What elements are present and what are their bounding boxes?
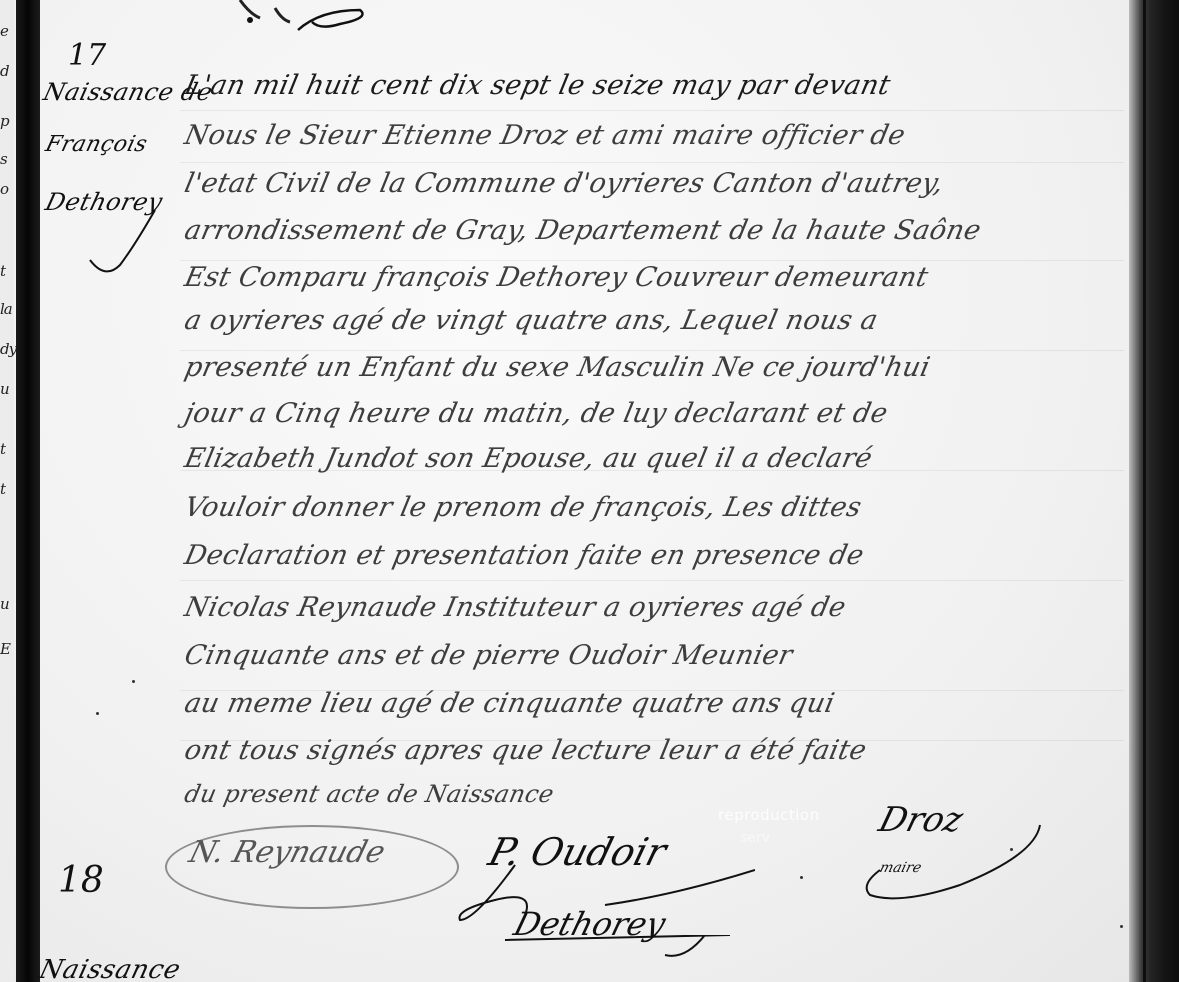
mayor-signature-flourish	[860, 815, 1050, 910]
right-gutter	[1129, 0, 1179, 982]
ruling-line	[180, 350, 1124, 351]
record-line-11: Declaration et presentation faite en pre…	[182, 540, 867, 571]
margin-flourish	[80, 205, 160, 280]
record-line-13: Cinquante ans et de pierre Oudoir Meunie…	[182, 640, 796, 671]
binding-edge	[16, 0, 40, 982]
record-line-16: du present acte de Naissance	[182, 780, 557, 808]
prev-page-fragment: E	[0, 640, 10, 658]
record-line-5: Est Comparu françois Dethorey Couvreur d…	[182, 262, 931, 293]
record-line-1: L'an mil huit cent dix sept le seize may…	[182, 70, 894, 101]
entry-number: 17	[68, 38, 106, 73]
ruling-line	[180, 110, 1124, 111]
prev-page-fragment: la	[0, 300, 12, 318]
record-line-3: l'etat Civil de la Commune d'oyrieres Ca…	[182, 168, 947, 199]
watermark-text-2: serv	[740, 830, 770, 846]
record-line-4: arrondissement de Gray, Departement de l…	[182, 215, 984, 246]
previous-page-edge: e d p s o t la dy u t t u E	[0, 0, 14, 982]
signature-underline	[505, 935, 735, 965]
record-line-14: au meme lieu agé de cinquante quatre ans…	[182, 688, 838, 719]
ruling-line	[180, 580, 1124, 581]
ruling-line	[180, 162, 1124, 163]
next-entry-title: Naissance	[36, 955, 183, 982]
prev-page-fragment: s	[0, 150, 7, 168]
prev-page-fragment: t	[0, 440, 5, 458]
watermark-text: reproduction	[718, 806, 820, 824]
prev-page-fragment: d	[0, 62, 9, 80]
record-line-12: Nicolas Reynaude Instituteur a oyrieres …	[182, 592, 849, 623]
prev-page-fragment: u	[0, 380, 9, 398]
prev-page-fragment: t	[0, 480, 5, 498]
record-line-10: Vouloir donner le prenom de françois, Le…	[182, 492, 865, 523]
prev-page-fragment: t	[0, 262, 5, 280]
record-line-8: jour a Cinq heure du matin, de luy decla…	[182, 398, 891, 429]
record-line-15: ont tous signés apres que lecture leur a…	[182, 735, 870, 766]
record-line-7: presenté un Enfant du sexe Masculin Ne c…	[182, 352, 933, 383]
flourish-ornament	[220, 0, 370, 38]
prev-page-fragment: o	[0, 180, 8, 198]
manuscript-page: e d p s o t la dy u t t u E 17 Naissance…	[0, 0, 1179, 982]
ruling-line	[180, 260, 1124, 261]
record-line-6: a oyrieres agé de vingt quatre ans, Lequ…	[182, 305, 881, 336]
prev-page-fragment: p	[0, 112, 9, 130]
record-line-2: Nous le Sieur Etienne Droz et ami maire …	[182, 120, 908, 151]
prev-page-fragment: dy	[0, 340, 16, 358]
margin-title-line-2: François	[43, 132, 150, 157]
next-entry-number: 18	[58, 860, 104, 901]
signature-witness-1: N. Reynaude	[185, 835, 389, 870]
prev-page-fragment: u	[0, 595, 9, 613]
prev-page-fragment: e	[0, 22, 8, 40]
record-line-9: Elizabeth Jundot son Epouse, au quel il …	[182, 443, 875, 474]
